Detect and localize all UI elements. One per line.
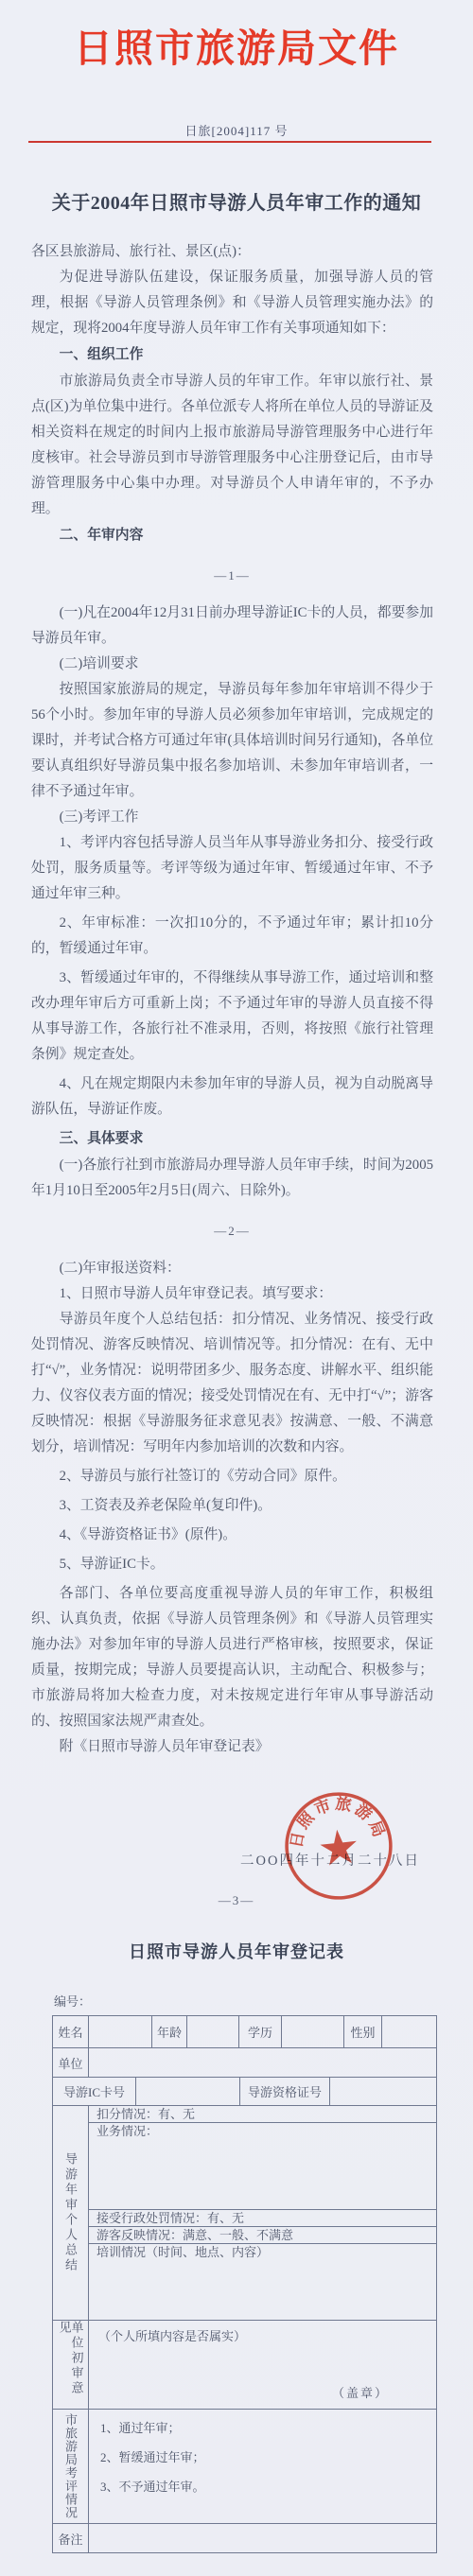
education-value-cell xyxy=(282,2016,344,2047)
bureau-review-label: 市旅游局考评情况 xyxy=(53,2410,89,2523)
form-row-card-numbers: 导游IC卡号 导游资格证号 xyxy=(53,2078,436,2106)
notice-paragraph: (三)考评工作 xyxy=(31,805,433,830)
bureau-review-option: 1、通过年审； xyxy=(100,2421,425,2436)
name-label: 姓名 xyxy=(53,2016,89,2047)
unit-value-cell xyxy=(89,2048,436,2077)
age-value-cell xyxy=(187,2016,239,2047)
header-divider-rule xyxy=(28,141,431,143)
notice-paragraph: 为促进导游队伍建设，保证服务质量，加强导游人员的管理，根据《导游人员管理条例》和… xyxy=(31,265,433,341)
notice-paragraph: 1、日照市导游人员年审登记表。填写要求： xyxy=(31,1281,433,1307)
guide-cert-value-cell xyxy=(330,2078,436,2105)
section-heading-3: 三、具体要求 xyxy=(31,1126,433,1152)
notice-paragraph: 4、《导游资格证书》(原件)。 xyxy=(31,1523,433,1548)
personal-summary-content: 扣分情况：有、无 业务情况： 接受行政处罚情况：有、无 游客反映情况：满意、一般… xyxy=(89,2106,436,2320)
salutation: 各区县旅游局、旅行社、景区(点)： xyxy=(31,239,433,265)
notice-paragraph: 3、暂缓通过年审的，不得继续从事导游工作，通过培训和整改办理年审后方可重新上岗；… xyxy=(31,966,433,1068)
registration-form-table: 姓名 年龄 学历 性别 单位 导游IC卡号 导游资格证号 导游年审个人总结 扣分… xyxy=(52,2015,437,2553)
gender-label: 性别 xyxy=(344,2016,382,2047)
remarks-label: 备注 xyxy=(53,2524,89,2552)
page-number-3: —3— xyxy=(0,1893,473,1908)
guide-ic-card-value-cell xyxy=(136,2078,240,2105)
bureau-review-content: 1、通过年审； 2、暂缓通过年审； 3、不予通过年审。 xyxy=(89,2410,436,2523)
document-number: 日旅[2004]117 号 xyxy=(0,121,473,139)
notice-paragraph: 按照国家旅游局的规定，导游员每年参加年审培训不得少于56个小时。参加年审的导游人… xyxy=(31,677,433,805)
unit-label: 单位 xyxy=(53,2048,89,2077)
form-section-bureau-review: 市旅游局考评情况 1、通过年审； 2、暂缓通过年审； 3、不予通过年审。 xyxy=(53,2410,436,2524)
deduction-status-row: 扣分情况：有、无 xyxy=(89,2106,436,2123)
issue-date: 二OO四年十二月二十八日 xyxy=(0,1850,473,1870)
name-value-cell xyxy=(89,2016,152,2047)
notice-paragraph: 导游员年度个人总结包括：扣分情况、业务情况、接受行政处罚情况、游客反映情况、培训… xyxy=(31,1307,433,1460)
notice-body: 各区县旅游局、旅行社、景区(点)： 为促进导游队伍建设，保证服务质量，加强导游人… xyxy=(31,239,433,1760)
guide-cert-label: 导游资格证号 xyxy=(240,2078,330,2105)
notice-paragraph: 3、工资表及养老保险单(复印件)。 xyxy=(31,1493,433,1519)
remarks-value-cell xyxy=(89,2524,436,2552)
training-status-row: 培训情况（时间、地点、内容） xyxy=(89,2244,436,2320)
form-section-unit-review: 单位初审意见 （个人所填内容是否属实） （盖章） xyxy=(53,2321,436,2410)
section-heading-1: 一、组织工作 xyxy=(31,342,433,368)
notice-paragraph: 2、年审标准：一次扣10分的，不予通过年审；累计扣10分的，暂缓通过年审。 xyxy=(31,911,433,962)
notice-paragraph: 市旅游局负责全市导游人员的年审工作。年审以旅行社、景点(区)为单位集中进行。各单… xyxy=(31,369,433,522)
notice-paragraph: (一)凡在2004年12月31日前办理导游证IC卡的人员，都要参加导游员年审。 xyxy=(31,600,433,652)
gender-value-cell xyxy=(382,2016,436,2047)
notice-paragraph: 5、导游证IC卡。 xyxy=(31,1552,433,1577)
notice-paragraph: 各部门、各单位要高度重视导游人员的年审工作，积极组织、认真负责，依据《导游人员管… xyxy=(31,1581,433,1734)
penalty-status-row: 接受行政处罚情况：有、无 xyxy=(89,2210,436,2227)
education-label: 学历 xyxy=(239,2016,282,2047)
form-row-basic-info: 姓名 年龄 学历 性别 xyxy=(53,2016,436,2048)
form-title: 日照市导游人员年审登记表 xyxy=(0,1939,473,1963)
guide-ic-card-label: 导游IC卡号 xyxy=(53,2078,136,2105)
bureau-review-option: 2、暂缓通过年审； xyxy=(100,2450,425,2465)
personal-summary-label: 导游年审个人总结 xyxy=(53,2106,89,2320)
form-section-personal-summary: 导游年审个人总结 扣分情况：有、无 业务情况： 接受行政处罚情况：有、无 游客反… xyxy=(53,2106,436,2321)
notice-paragraph: (一)各旅行社到市旅游局办理导游人员年审手续，时间为2005年1月10日至200… xyxy=(31,1153,433,1204)
business-status-row: 业务情况： xyxy=(89,2123,436,2210)
notice-paragraph: 4、凡在规定期限内未参加年审的导游人员，视为自动脱离导游队伍，导游证作废。 xyxy=(31,1071,433,1123)
page-number-2: —2— xyxy=(31,1218,433,1244)
bureau-review-option: 3、不予通过年审。 xyxy=(100,2480,425,2495)
stamp-placeholder: （盖章） xyxy=(332,2383,389,2401)
scanned-document-page: 日照市旅游局文件 日旅[2004]117 号 关于2004年日照市导游人员年审工… xyxy=(0,0,473,2576)
form-row-remarks: 备注 xyxy=(53,2524,436,2552)
unit-review-content: （个人所填内容是否属实） （盖章） xyxy=(89,2321,436,2409)
notice-paragraph: 1、考评内容包括导游人员当年从事导游业务扣分、接受行政处罚，服务质量等。考评等级… xyxy=(31,830,433,907)
notice-paragraph: (二)培训要求 xyxy=(31,652,433,677)
section-heading-2: 二、年审内容 xyxy=(31,523,433,548)
attachment-note: 附《日照市导游人员年审登记表》 xyxy=(31,1734,433,1760)
notice-paragraph: (二)年审报送资料： xyxy=(31,1256,433,1281)
document-header-title: 日照市旅游局文件 xyxy=(0,17,473,73)
unit-review-note: （个人所填内容是否属实） xyxy=(98,2329,246,2343)
notice-paragraph: 2、导游员与旅行社签订的《劳动合同》原件。 xyxy=(31,1464,433,1489)
official-seal: 日照市旅游局 xyxy=(275,1783,402,1909)
form-number-label: 编号： xyxy=(54,1992,91,2010)
unit-review-label: 单位初审意见 xyxy=(53,2321,89,2409)
tourist-feedback-row: 游客反映情况：满意、一般、不满意 xyxy=(89,2227,436,2244)
page-number-1: —1— xyxy=(31,563,433,588)
form-row-unit: 单位 xyxy=(53,2048,436,2078)
seal-star-icon xyxy=(319,1828,359,1867)
age-label: 年龄 xyxy=(152,2016,187,2047)
notice-title: 关于2004年日照市导游人员年审工作的通知 xyxy=(0,187,473,215)
